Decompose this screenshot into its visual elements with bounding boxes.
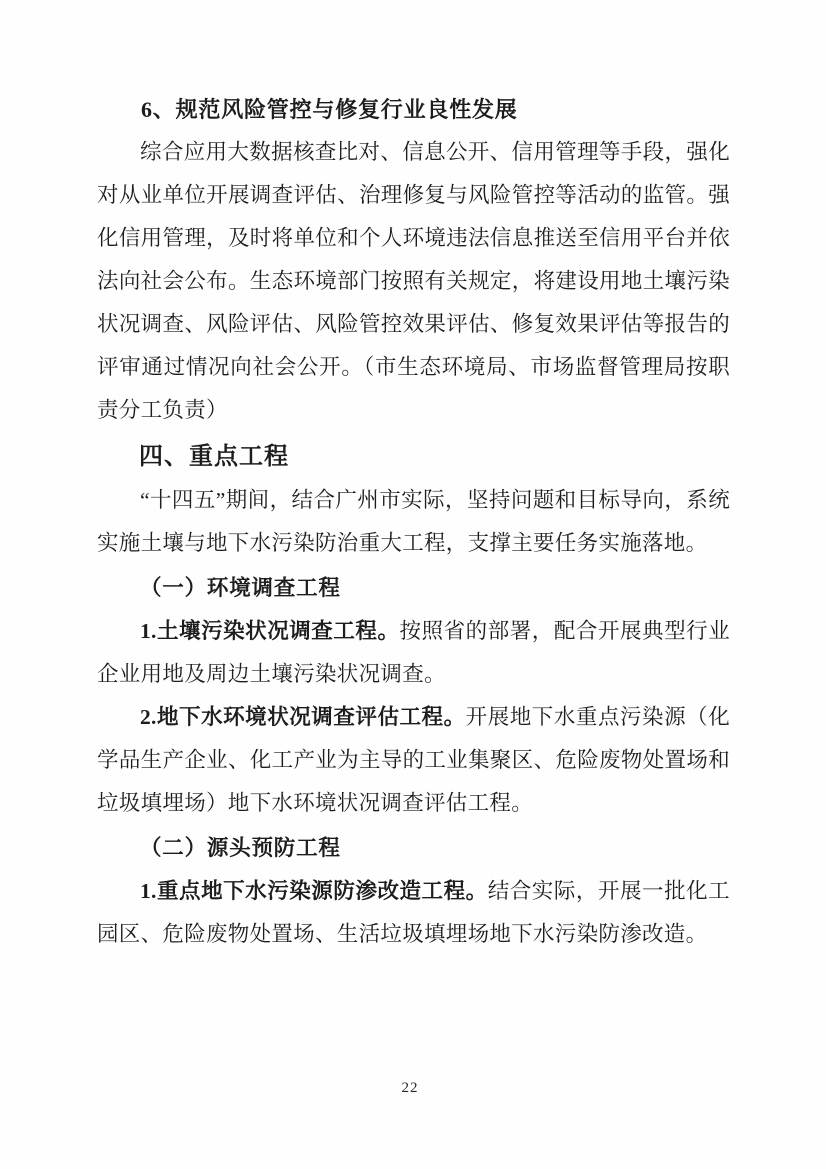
document-page: 6、规范风险管控与修复行业良性发展 综合应用大数据核查比对、信息公开、信用管理等… [0,0,826,1169]
page-number: 22 [0,1080,820,1097]
project-item-1-1-lead: 1.土壤污染状况调查工程。 [140,619,400,643]
project-item-2-1-lead: 1.重点地下水污染源防渗改造工程。 [140,879,488,903]
section-6-paragraph: 综合应用大数据核查比对、信息公开、信用管理等手段，强化对从业单位开展调查评估、治… [97,131,730,432]
project-item-2-1: 1.重点地下水污染源防渗改造工程。结合实际，开展一批化工园区、危险废物处置场、生… [97,870,730,956]
subsection-heading-1: （一）环境调查工程 [97,567,730,610]
chapter-heading-4: 四、重点工程 [97,435,730,479]
chapter-4-intro-paragraph: “十四五”期间，结合广州市实际，坚持问题和目标导向，系统实施土壤与地下水污染防治… [97,479,730,565]
subsection-heading-2: （二）源头预防工程 [97,827,730,870]
project-item-1-2-lead: 2.地下水环境状况调查评估工程。 [140,705,466,729]
section-heading-6: 6、规范风险管控与修复行业良性发展 [97,88,730,131]
project-item-1-1: 1.土壤污染状况调查工程。按照省的部署，配合开展典型行业企业用地及周边土壤污染状… [97,610,730,696]
project-item-1-2: 2.地下水环境状况调查评估工程。开展地下水重点污染源（化学品生产企业、化工产业为… [97,696,730,825]
